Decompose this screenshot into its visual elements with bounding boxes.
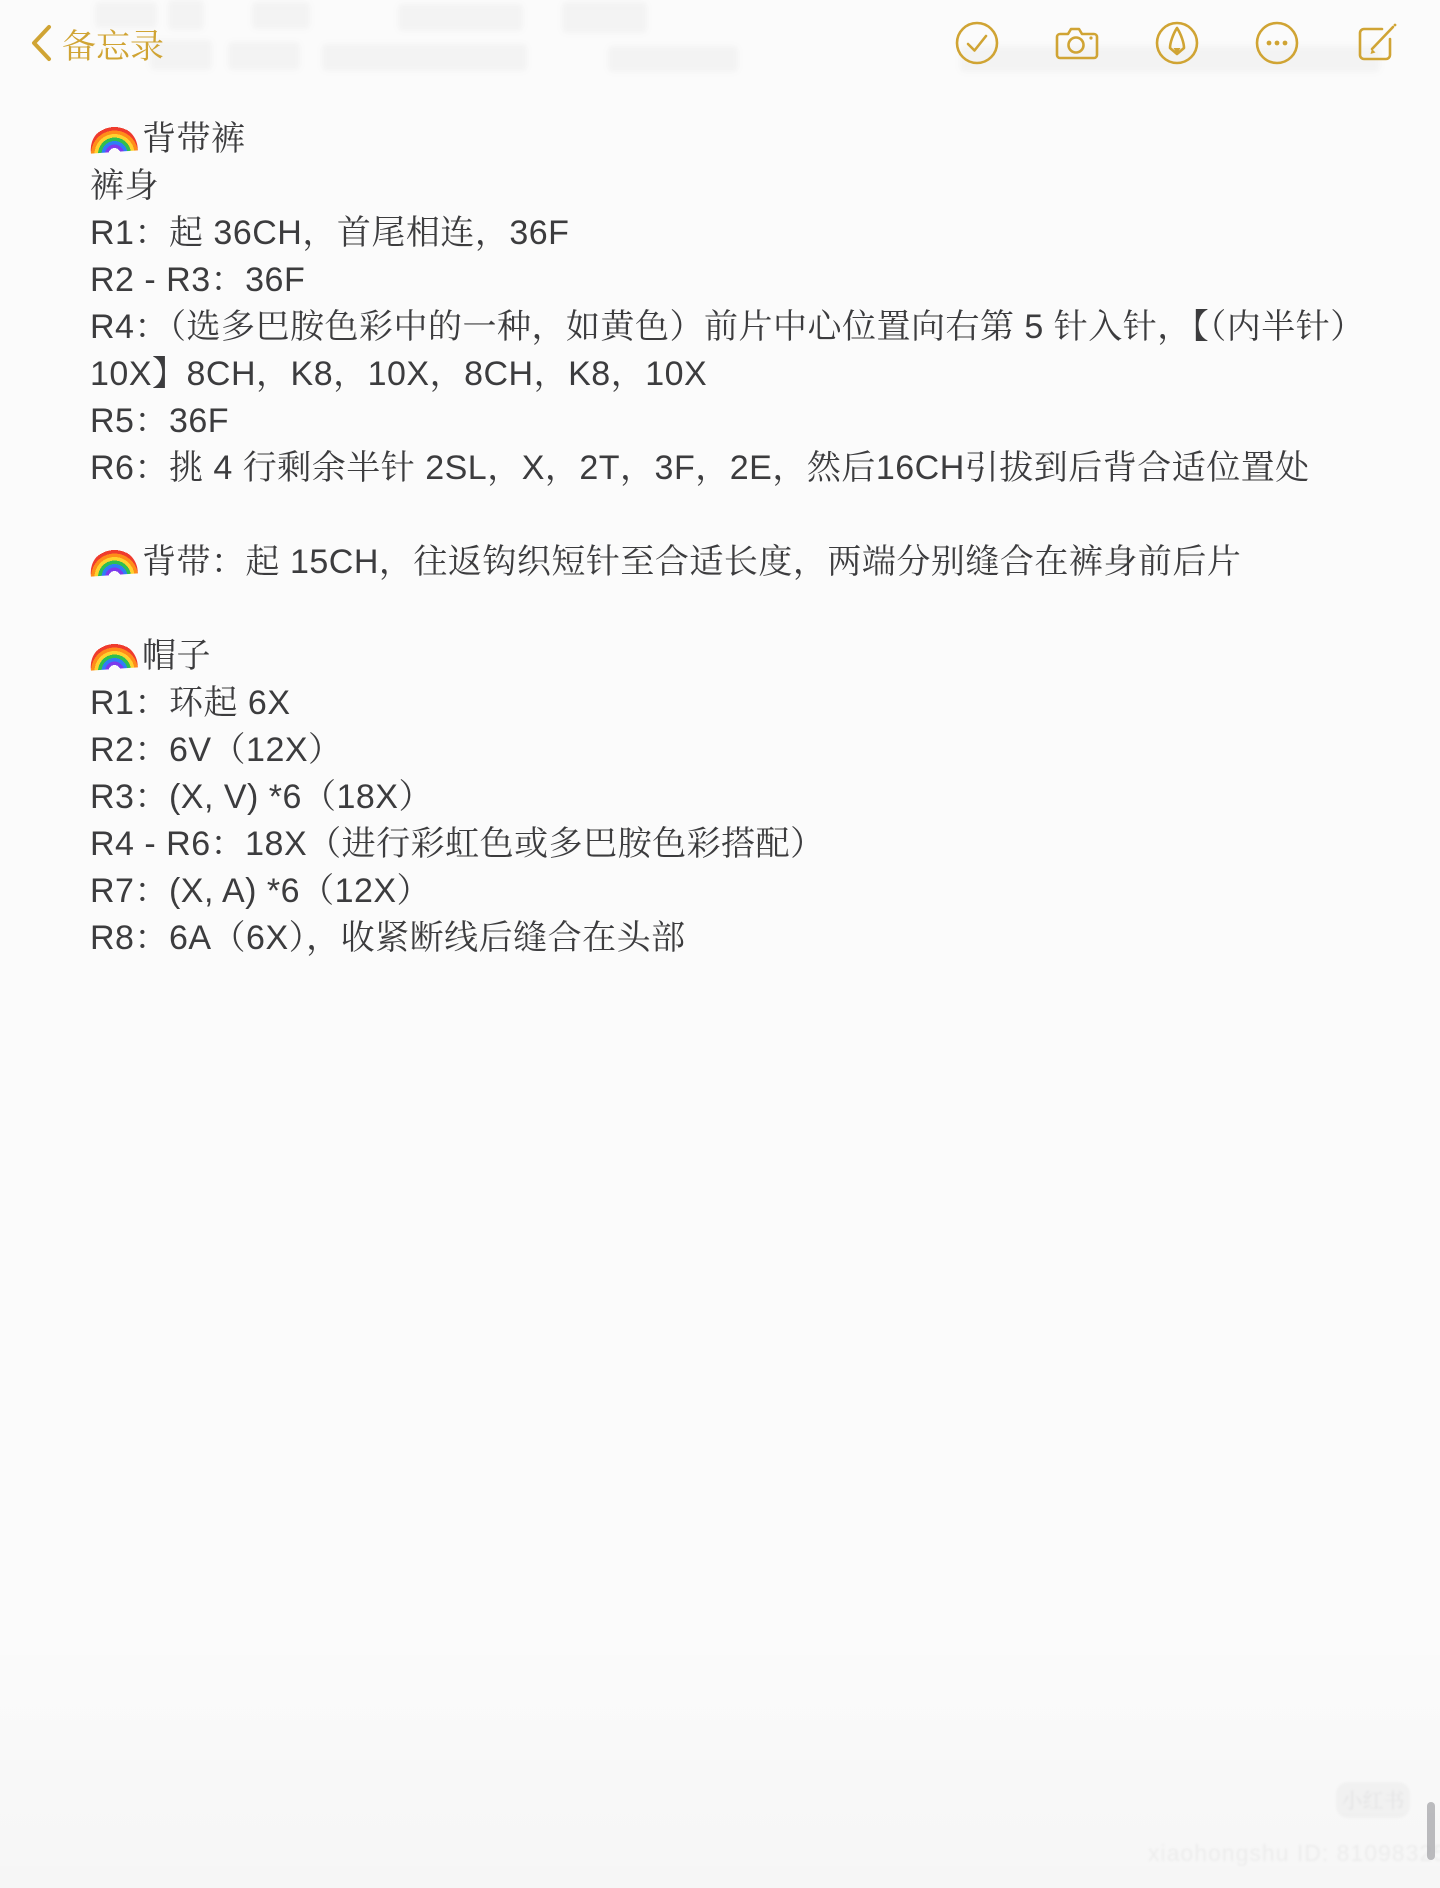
rainbow-emoji [89,124,138,153]
note-line-text: R1：起 36CH，首尾相连，36F [90,214,569,252]
back-chevron-icon [30,24,52,62]
ellipsis-circle-icon[interactable] [1254,20,1300,66]
note-line: R4：（选多巴胺色彩中的一种，如黄色）前片中心位置向右第 5 针入针，【（内半针… [90,304,1378,398]
note-line-text: 背带：起 15CH，往返钩织短针至合适长度，两端分别缝合在裤身前后片 [142,543,1241,581]
note-line: R5：36F [90,398,1378,445]
note-line-text [90,496,100,534]
back-button[interactable]: 备忘录 [30,19,164,68]
rainbow-emoji [89,641,138,670]
checkmark-circle-icon[interactable] [954,20,1000,66]
scrollbar-thumb[interactable] [1427,1802,1435,1860]
note-line: R2 - R3：36F [90,257,1378,304]
note-line-text: R2 - R3：36F [90,261,305,299]
note-line: R7：(X, A) *6（12X） [90,868,1378,915]
note-line-text: R1：环起 6X [90,684,291,722]
note-line: R6：挑 4 行剩余半针 2SL，X，2T，3F，2E，然后16CH引拔到后背合… [90,445,1378,492]
note-line: R2：6V（12X） [90,727,1378,774]
xiaohongshu-id-text: xiaohongshu ID: 8109832557 [1148,1840,1418,1867]
note-line-text: 帽子 [142,637,211,675]
back-button-label: 备忘录 [62,19,164,68]
note-line: R1：起 36CH，首尾相连，36F [90,210,1378,257]
note-line-text: 背带裤 [142,120,246,158]
blank-line [90,492,1378,539]
note-line-text: R4 - R6：18X（进行彩虹色或多巴胺色彩搭配） [90,825,825,863]
note-line-text: 裤身 [90,167,159,205]
note-line: 背带：起 15CH，往返钩织短针至合适长度，两端分别缝合在裤身前后片 [90,539,1378,586]
note-line-text: R3：(X, V) *6（18X） [90,778,433,816]
xiaohongshu-badge: 小红书 [1336,1782,1410,1818]
nav-icon-group [954,20,1400,66]
note-line-text: R8：6A（6X），收紧断线后缝合在头部 [90,919,686,957]
note-line: R1：环起 6X [90,680,1378,727]
note-line: 裤身 [90,163,1378,210]
note-line-text [90,590,100,628]
note-line: R3：(X, V) *6（18X） [90,774,1378,821]
markup-pen-icon[interactable] [1154,20,1200,66]
nav-bar: 备忘录 [0,0,1440,86]
rainbow-emoji [89,547,138,576]
compose-icon[interactable] [1354,20,1400,66]
note-line: 背带裤 [90,116,1378,163]
note-line-text: R2：6V（12X） [90,731,343,769]
note-line-text: R5：36F [90,402,229,440]
note-line: R4 - R6：18X（进行彩虹色或多巴胺色彩搭配） [90,821,1378,868]
note-line-text: R4：（选多巴胺色彩中的一种，如黄色）前片中心位置向右第 5 针入针，【（内半针… [90,308,1365,393]
xiaohongshu-badge-label: 小红书 [1342,1785,1405,1815]
camera-icon[interactable] [1054,20,1100,66]
blank-line [90,586,1378,633]
note-line-text: R7：(X, A) *6（12X） [90,872,431,910]
note-line: R8：6A（6X），收紧断线后缝合在头部 [90,915,1378,962]
note-line: 帽子 [90,633,1378,680]
note-body[interactable]: 背带裤裤身R1：起 36CH，首尾相连，36FR2 - R3：36FR4：（选多… [0,92,1440,962]
note-line-text: R6：挑 4 行剩余半针 2SL，X，2T，3F，2E，然后16CH引拔到后背合… [90,449,1310,487]
